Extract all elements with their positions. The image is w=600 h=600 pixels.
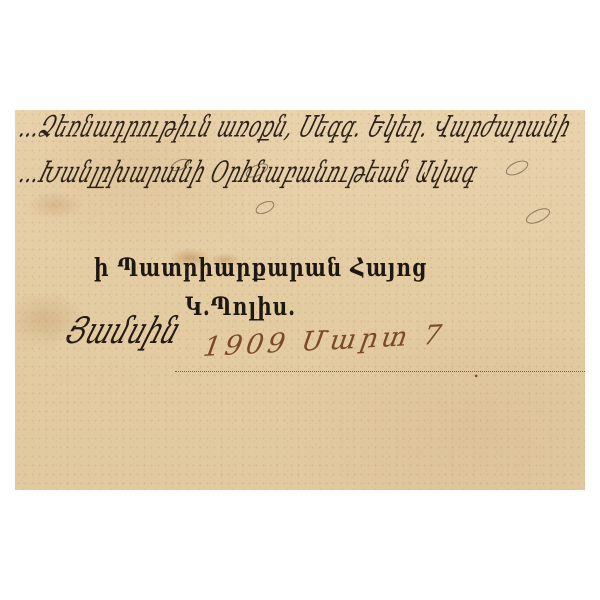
script-line-1: …Ձեռնադրութիւն առօքն, Սեգգ. Եկեղ. Վարժար… <box>15 110 576 144</box>
flourish-decoration <box>254 198 277 216</box>
date-field-label: Յամսին <box>60 311 186 353</box>
flourish-decoration <box>504 157 531 178</box>
handwritten-period: . <box>473 358 479 382</box>
date-field-dotted-line <box>175 371 585 372</box>
printed-heading-line-2: Կ.Պոլիս. <box>185 291 296 321</box>
printed-heading-line-1: ի Պատրիարքարան Հայոց <box>94 252 427 282</box>
document-paper: …Ձեռնադրութիւն առօքն, Սեգգ. Եկեղ. Վարժար… <box>15 110 585 490</box>
handwritten-date: 1909 Մարտ 7 <box>201 320 448 363</box>
flourish-decoration <box>524 205 553 227</box>
